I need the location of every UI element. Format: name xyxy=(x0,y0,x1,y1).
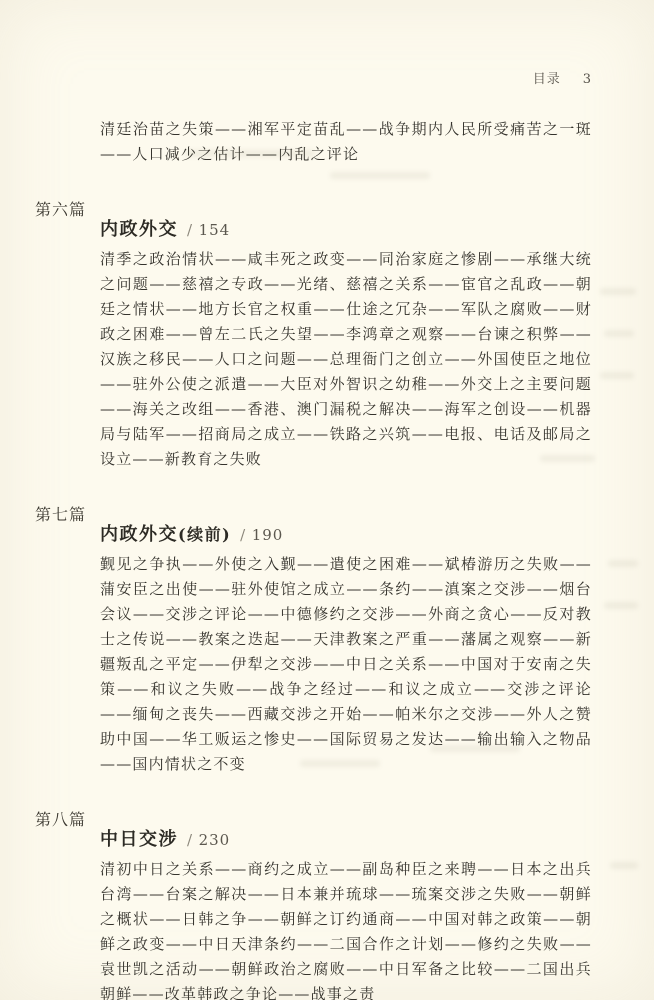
toc-section-8: 第八篇 中日交涉/230 清初中日之关系——商约之成立——副岛种臣之来聘——日本… xyxy=(100,809,592,1000)
toc-section-6: 第六篇 内政外交/154 清季之政治情状——咸丰死之政变——同治家庭之惨剧——承… xyxy=(100,199,592,472)
bleedthrough-mark xyxy=(330,172,430,179)
title-page-separator: / xyxy=(187,831,194,849)
toc-content: 清廷治苗之失策——湘军平定苗乱——战争期内人民所受痛苦之一斑——人口减少之估计—… xyxy=(100,0,592,1000)
part-label: 第六篇 xyxy=(35,197,86,220)
section-title: 内政外交(续前)/190 xyxy=(100,524,592,546)
bleedthrough-mark xyxy=(608,560,638,567)
toc-section-7: 第七篇 内政外交(续前)/190 觐见之争执——外使之入觐——遣使之困难——斌椿… xyxy=(100,504,592,777)
section-summary: 清初中日之关系——商约之成立——副岛种臣之来聘——日本之出兵台湾——台案之解决—… xyxy=(100,857,592,1000)
title-page-separator: / xyxy=(240,526,247,544)
section-summary: 觐见之争执——外使之入觐——遣使之困难——斌椿游历之失败——蒲安臣之出使——驻外… xyxy=(100,552,592,777)
section-title-suffix: (续前) xyxy=(178,525,231,544)
bleedthrough-mark xyxy=(600,288,636,295)
title-page-separator: / xyxy=(187,221,194,239)
section-title-text: 中日交涉 xyxy=(100,829,178,850)
bleedthrough-mark xyxy=(604,602,638,609)
section-page-number: 230 xyxy=(199,831,231,849)
section-title: 内政外交/154 xyxy=(100,219,592,241)
bleedthrough-mark xyxy=(540,455,595,462)
bleedthrough-mark xyxy=(185,150,315,157)
bleedthrough-mark xyxy=(604,330,634,337)
section-page-number: 190 xyxy=(252,526,284,544)
part-label: 第七篇 xyxy=(35,502,86,525)
continuation-paragraph: 清廷治苗之失策——湘军平定苗乱——战争期内人民所受痛苦之一斑——人口减少之估计—… xyxy=(100,117,592,167)
bleedthrough-mark xyxy=(300,760,380,767)
book-page-scan: 目录3 清廷治苗之失策——湘军平定苗乱——战争期内人民所受痛苦之一斑——人口减少… xyxy=(0,0,654,1000)
section-title-text: 内政外交 xyxy=(100,524,178,545)
bleedthrough-mark xyxy=(430,745,520,752)
part-label: 第八篇 xyxy=(35,807,86,830)
section-page-number: 154 xyxy=(199,221,231,239)
section-title: 中日交涉/230 xyxy=(100,829,592,851)
bleedthrough-mark xyxy=(610,862,638,869)
section-title-text: 内政外交 xyxy=(100,219,178,240)
bleedthrough-mark xyxy=(600,372,634,379)
section-summary: 清季之政治情状——咸丰死之政变——同治家庭之惨剧——承继大统之问题——慈禧之专政… xyxy=(100,247,592,472)
